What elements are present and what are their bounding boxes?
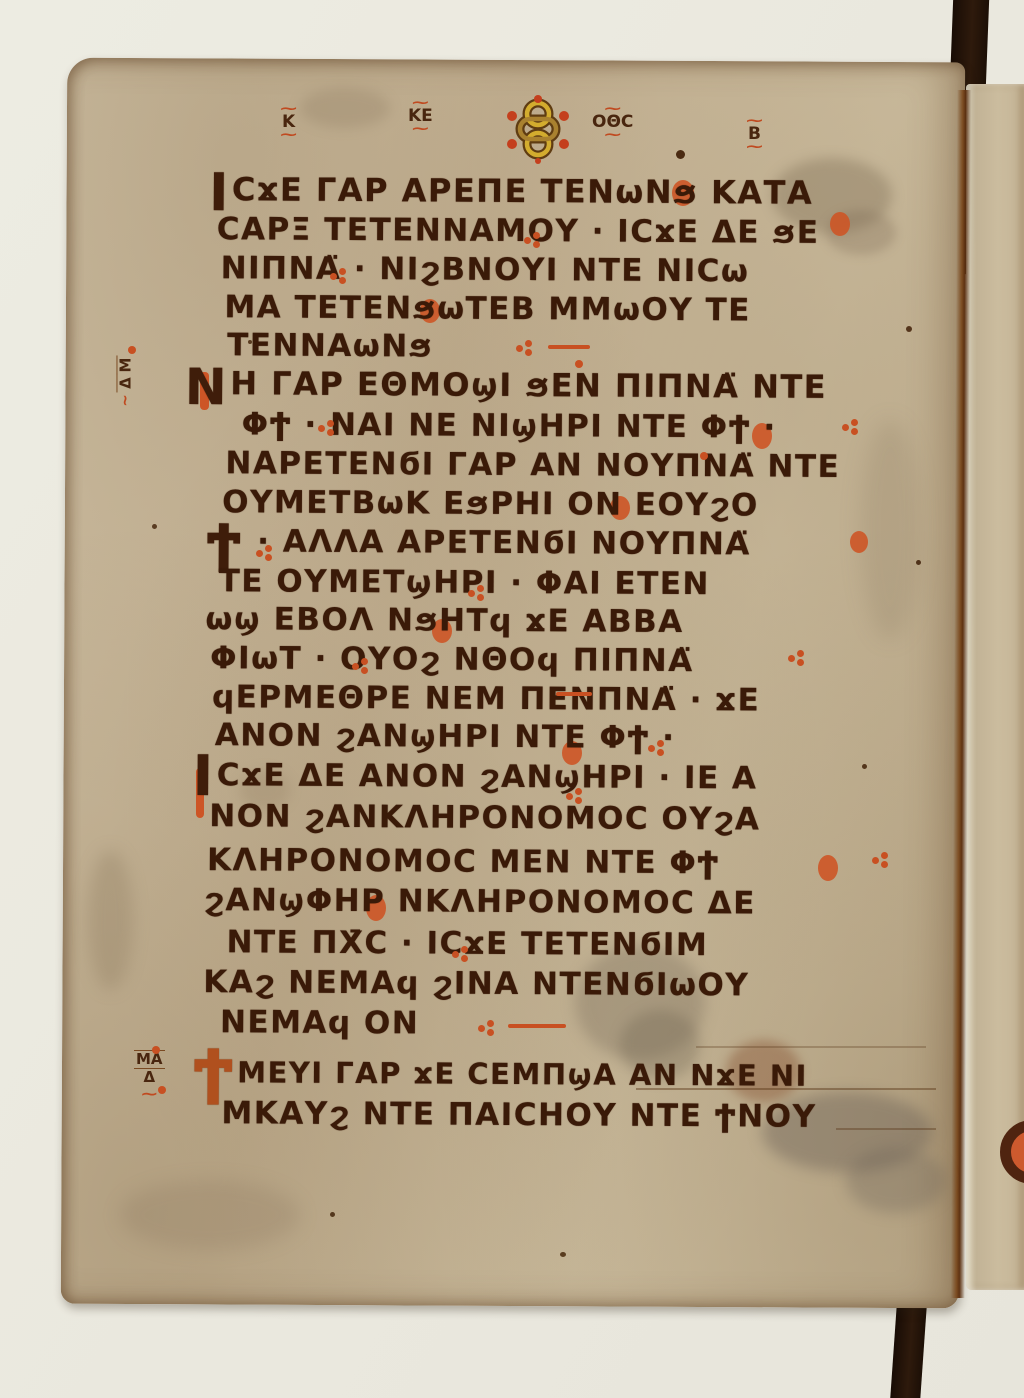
rubric-dot-cluster [524, 237, 531, 244]
rubric-dot-cluster [797, 659, 804, 666]
rubric-dot-cluster [566, 793, 573, 800]
rubric-dot [575, 360, 583, 368]
rubric-dot-cluster [327, 420, 334, 427]
rubric-dot-cluster [657, 740, 664, 747]
rubric-dot-cluster [575, 788, 582, 795]
rubric-dot-cluster [461, 955, 468, 962]
rubric-dot-cluster [352, 663, 359, 670]
rubric-dot-cluster [330, 273, 337, 280]
rubric-dot-cluster [657, 749, 664, 756]
rubric-dot-cluster [461, 946, 468, 953]
rubric-dot-cluster [487, 1020, 494, 1027]
rubric-dot [700, 452, 708, 460]
rubric-dot-cluster [468, 590, 475, 597]
rubric-dot-cluster [339, 277, 346, 284]
rubric-dot-cluster [477, 594, 484, 601]
rubric-accents-over [0, 0, 1024, 1398]
rubric-dot-cluster [788, 655, 795, 662]
rubric-dot-cluster [265, 545, 272, 552]
rubric-dot-cluster [516, 345, 523, 352]
rubric-dot-cluster [327, 429, 334, 436]
rubric-dash [508, 1024, 566, 1028]
rubric-dot-cluster [361, 658, 368, 665]
rubric-dot-cluster [318, 425, 325, 432]
rubric-dot-cluster [478, 1025, 485, 1032]
rubric-dot-cluster [648, 745, 655, 752]
rubric-dot-cluster [881, 852, 888, 859]
rubric-dot-cluster [851, 428, 858, 435]
rubric-dot-cluster [525, 340, 532, 347]
rubric-dot-cluster [872, 857, 879, 864]
rubric-dot-cluster [487, 1029, 494, 1036]
rubric-dot-cluster [797, 650, 804, 657]
rubric-dot-cluster [525, 349, 532, 356]
rubric-dot-cluster [477, 585, 484, 592]
manuscript-photo: ~Κ~~ΚΕ~~ΟΘC~~Β~ΜΔ~ΜΑΔ~ ΙCϫΕ ΓΑΡ ΑΡΕΠΕ ΤΕ… [0, 0, 1024, 1398]
rubric-dash [548, 345, 590, 349]
rubric-dot-cluster [575, 797, 582, 804]
rubric-dot-cluster [452, 951, 459, 958]
rubric-dot [158, 1086, 166, 1094]
rubric-dot-cluster [339, 268, 346, 275]
rubric-dash [556, 692, 592, 696]
rubric-dot-cluster [533, 241, 540, 248]
rubric-dot [128, 346, 136, 354]
rubric-dot-cluster [851, 419, 858, 426]
rubric-dot-cluster [842, 424, 849, 431]
rubric-dot-cluster [881, 861, 888, 868]
rubric-dot-cluster [256, 550, 263, 557]
rubric-dot [152, 1046, 160, 1054]
rubric-dot-cluster [265, 554, 272, 561]
rubric-dot-cluster [361, 667, 368, 674]
rubric-dot-cluster [533, 232, 540, 239]
